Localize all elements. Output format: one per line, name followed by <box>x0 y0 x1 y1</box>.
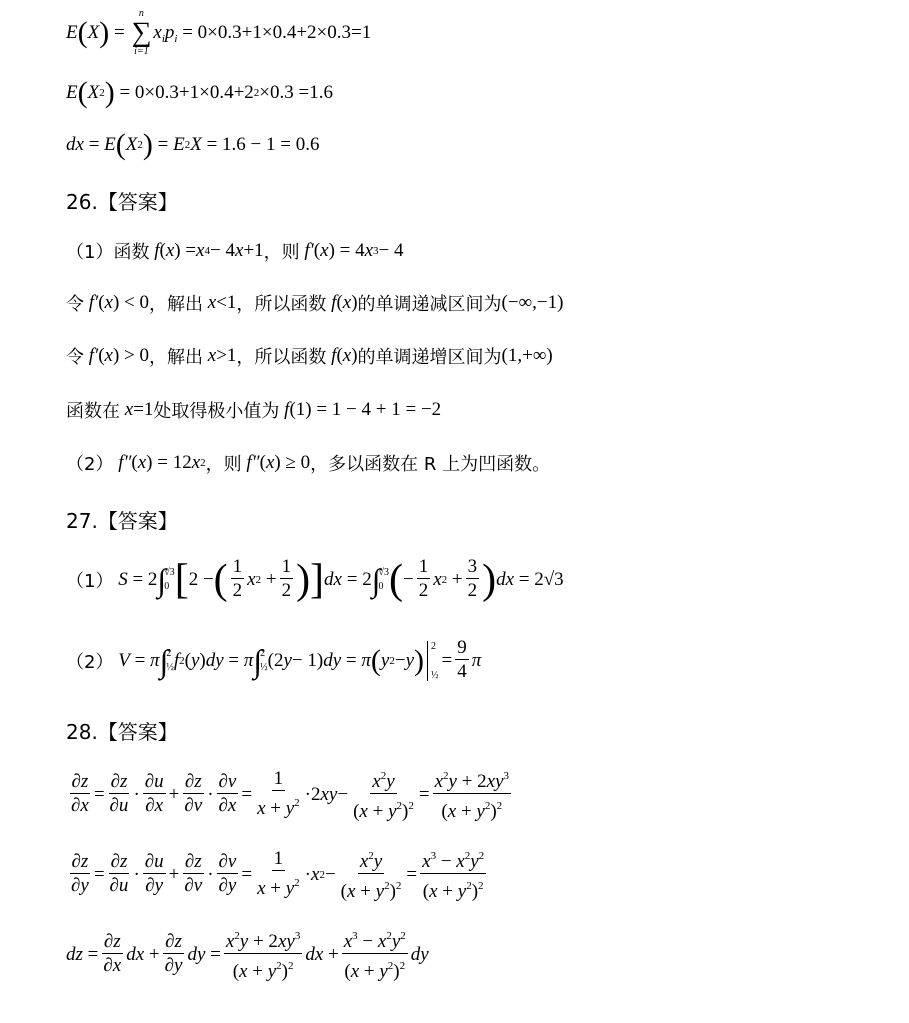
text: ，所以函数 <box>236 290 326 316</box>
text: ，解出 <box>149 290 203 316</box>
q27-part2-volume: （2） V = π ∫2½ f2(y)dy = π ∫2½ (2y − 1)dy… <box>66 637 481 684</box>
text: ，则 <box>206 450 242 476</box>
integral-symbol: ∫√30 <box>157 564 174 596</box>
text: 令 <box>66 290 84 316</box>
answer-heading-27: 27.【答案】 <box>66 505 178 534</box>
expectation-formula: E(X) = n∑i=1 xipi = 0×0.3+1×0.4+2×0.3=1 <box>66 8 371 58</box>
text: 的单调递增区间为 <box>358 343 502 369</box>
q27-part2-label: （2） <box>66 648 113 674</box>
integral-symbol: ∫2½ <box>253 645 267 677</box>
q26-increasing-line: 令 f′(x) > 0 ，解出 x >1 ，所以函数 f(x) 的单调递增区间为… <box>66 343 553 369</box>
q26-part1-then: ，则 <box>264 238 300 264</box>
q26-part2-label: （2） <box>66 450 113 476</box>
answer-heading-28: 28.【答案】 <box>66 716 178 745</box>
q26-part1-label: （1）函数 <box>66 238 149 264</box>
text: 函数在 <box>66 397 120 423</box>
q26-minimum-line: 函数在 x =1 处取得极小值为 f(1) = 1 − 4 + 1 = −2 <box>66 397 441 423</box>
q26-part2: （2） f″(x) = 12x2 ，则 f″(x) ≥ 0 ，多以函数在 R 上… <box>66 450 550 476</box>
integral-symbol: ∫2½ <box>160 645 174 677</box>
text: 处取得极小值为 <box>153 397 279 423</box>
total-differential: dz = ∂z∂xdx + ∂z∂ydy = x2y + 2xy3(x + y2… <box>66 925 429 984</box>
q26-part1: （1）函数 f(x) = x4 − 4x+1 ，则 f′(x) = 4x3 − … <box>66 238 404 264</box>
summation-symbol: n∑i=1 <box>131 8 151 58</box>
text: ，多以函数在 R 上为凹函数。 <box>310 450 550 476</box>
text: ，所以函数 <box>236 343 326 369</box>
expectation-square-formula: E(X2) = 0×0.3+1×0.4+22×0.3 =1.6 <box>66 78 333 108</box>
q26-decreasing-line: 令 f′(x) < 0 ，解出 x <1 ，所以函数 f(x) 的单调递减区间为… <box>66 290 563 316</box>
text: ，解出 <box>149 343 203 369</box>
variance-formula: dx = E(X2) = E2X = 1.6 − 1 = 0.6 <box>66 130 319 160</box>
answer-heading-26: 26.【答案】 <box>66 186 178 215</box>
q27-part1-label: （1） <box>66 567 113 593</box>
text: 的单调递减区间为 <box>358 290 502 316</box>
partial-z-x: ∂z∂x= ∂z∂u·∂u∂x+ ∂z∂v·∂v∂x= 1x + y2·2xy … <box>66 765 514 824</box>
q27-part1-area: （1） S = 2 ∫√30 [2 −( 12x2 + 12 )]dx = 2 … <box>66 556 564 603</box>
integral-symbol: ∫√30 <box>372 564 389 596</box>
partial-z-y: ∂z∂y= ∂z∂u·∂u∂y+ ∂z∂v·∂v∂y= 1x + y2·x2 −… <box>66 845 489 904</box>
text: 令 <box>66 343 84 369</box>
